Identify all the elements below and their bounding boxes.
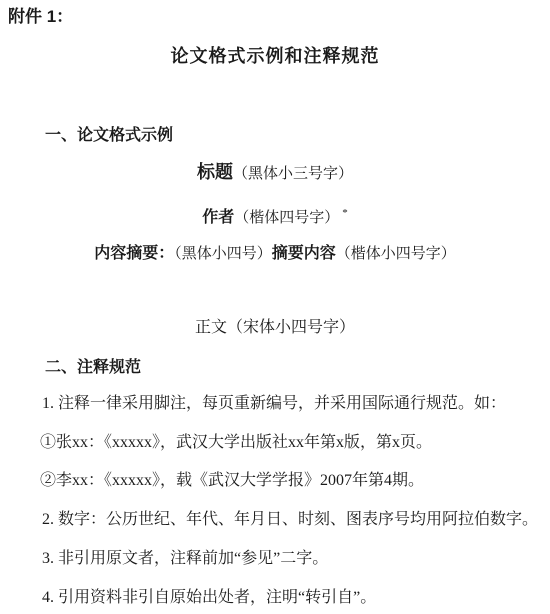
- section2-heading: 二、注释规范: [45, 357, 141, 379]
- sample-title-label: 标题: [197, 162, 233, 182]
- note-example-li: ②李xx：《xxxxx》，载《武汉大学学报》2007年第4期。: [40, 471, 424, 491]
- abstract-label: 内容摘要：: [94, 245, 174, 262]
- abstract-note-1: （黑体小四号）: [174, 246, 272, 262]
- sample-title-line: 标题（黑体小三号字）: [0, 159, 550, 187]
- document-page: 附件 1： 论文格式示例和注释规范 一、论文格式示例 标题（黑体小三号字） 作者…: [0, 0, 550, 614]
- note-rule-1: 1. 注释一律采用脚注，每页重新编号，并采用国际通行规范。如：: [42, 394, 506, 414]
- document-title: 论文格式示例和注释规范: [0, 44, 550, 68]
- abstract-note-2: （楷体小四号字）: [336, 246, 456, 262]
- sample-body-line: 正文（宋体小四号字）: [0, 317, 550, 339]
- sample-title-note: （黑体小三号字）: [233, 166, 353, 182]
- note-rule-2: 2. 数字：公历世纪、年代、年月日、时刻、图表序号均用阿拉伯数字。: [42, 510, 538, 530]
- note-rule-4: 4. 引用资料非引自原始出处者，注明“转引自”。: [42, 588, 376, 608]
- sample-author-note: （楷体四号字）: [234, 210, 339, 226]
- sample-author-asterisk: *: [342, 207, 348, 219]
- note-rule-3: 3. 非引用原文者，注释前加“参见”二字。: [42, 549, 328, 569]
- section1-heading: 一、论文格式示例: [45, 125, 173, 147]
- sample-author-line: 作者（楷体四号字）*: [0, 202, 550, 229]
- attachment-label: 附件 1：: [8, 6, 73, 28]
- abstract-content: 摘要内容: [272, 245, 336, 262]
- sample-author-label: 作者: [202, 209, 234, 226]
- sample-abstract-line: 内容摘要：（黑体小四号）摘要内容（楷体小四号字）: [0, 243, 550, 265]
- note-example-zhang: ①张xx：《xxxxx》，武汉大学出版社xx年第x版，第x页。: [40, 433, 432, 453]
